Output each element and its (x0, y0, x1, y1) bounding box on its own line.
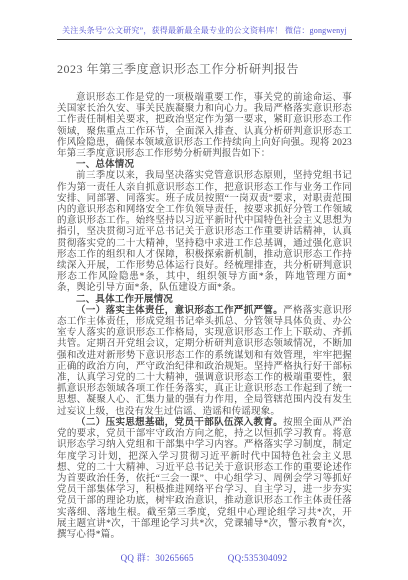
intro-paragraph: 意识形态工作是党的一项极端重要工作，事关党的前途命运、事关国家长治久安、事关民族… (57, 93, 352, 160)
qq-label: QQ: (228, 553, 244, 563)
section-2-item-2: （二）压实思想基础，党员干部队伍深入教育。按照全面从严治党的要求，党员干部牢守政… (57, 418, 352, 541)
promo-header: 关注头条号“公文研究”，获得最新最全最专业的公文资料库！ 微信：gongweny… (57, 25, 352, 40)
promo-header-text: 关注头条号“公文研究”，获得最新最全最专业的公文资料库！ 微信：gongweny… (62, 26, 347, 35)
section-2-heading: 二、具体工作开展情况 (57, 295, 352, 306)
document-title: 2023 年第三季度意识形态工作分析研判报告 (57, 60, 352, 77)
item-2-body: 按照全面从严治党的要求，党员干部牢守政治方向之舵，持之以恒抓学习教育。将意识形态… (57, 418, 352, 540)
item-1-lead: （一）落实主体责任，意识形态工作严抓严管。 (76, 306, 283, 316)
item-2-lead: （二）压实思想基础，党员干部队伍深入教育。 (76, 418, 283, 428)
qq-number: 535304092 (244, 553, 287, 563)
section-1-heading: 一、总体情况 (57, 160, 352, 171)
document-page: 关注头条号“公文研究”，获得最新最全最专业的公文资料库！ 微信：gongweny… (0, 0, 408, 580)
contact-footer: QQ 群：30265665QQ:535304092 (0, 551, 408, 564)
section-1-paragraph: 前三季度以来，我局坚决落实党管意识形态原则，坚持党组书记作为第一责任人亲自抓意识… (57, 171, 352, 294)
qq-group-label: QQ 群： (121, 553, 156, 563)
section-2-item-1: （一）落实主体责任，意识形态工作严抓严管。严格落实意识形态工作主体责任，形成党组… (57, 306, 352, 418)
qq-group-number: 30265665 (155, 553, 193, 563)
document-body: 2023 年第三季度意识形态工作分析研判报告 意识形态工作是党的一项极端重要工作… (57, 60, 352, 541)
item-1-body: 严格落实意识形态工作主体责任，形成党组书记牵头抓总、分管领导具体负责、办公室专人… (57, 306, 352, 417)
